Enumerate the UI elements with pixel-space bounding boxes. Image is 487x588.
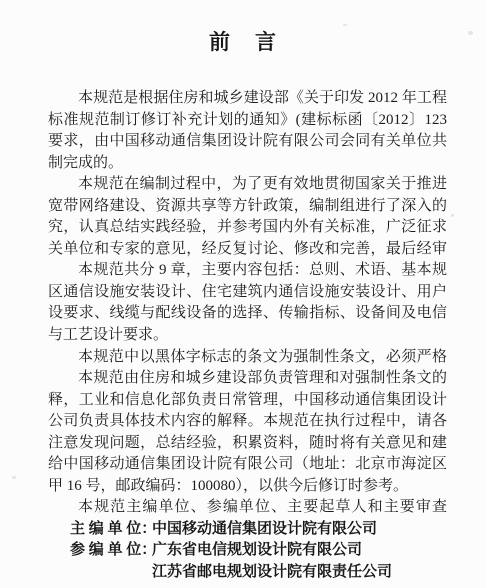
credit-name: 江苏省邮电规划设计院有限责任公司 [152,562,392,584]
credit-row-co-editor: 参 编 单 位： 广东省电信规划设计院有限公司 [48,540,447,562]
body-line: 本规范主编单位、参编单位、主要起草人和主要审查人： [48,497,447,519]
body-line: 本规范是根据住房和城乡建设部《关于印发 2012 年工程建设 [48,88,447,110]
page-title: 前 言 [0,26,487,56]
body-line: 宽带网络建设、资源共享等方针政策，编制组进行了深入的调查研 [48,196,447,218]
body-line: 区通信设施安装设计、住宅建筑内通信设施安装设计、用户光缆敷 [48,282,447,304]
body-text: 本规范是根据住房和城乡建设部《关于印发 2012 年工程建设 标准规范制订修订补… [48,88,447,584]
credit-label: 主 编 单 位： [70,519,152,541]
body-line: 与工艺设计要求。 [48,325,447,347]
credit-row-chief-editor: 主 编 单 位： 中国移动通信集团设计院有限公司 [48,519,447,541]
body-line: 注意发现问题，总结经验，积累资料，随时将有关意见和建议反馈 [48,433,447,455]
body-line: 释，工业和信息化部负责日常管理，中国移动通信集团设计院有限 [48,390,447,412]
body-line: 要求，由中国移动通信集团设计院有限公司会同有关单位共同编 [48,131,447,153]
credit-row-co-editor-2: 江苏省邮电规划设计院有限责任公司 [48,562,447,584]
scan-speckle [451,214,454,217]
body-line: 公司负责具体技术内容的解释。本规范在执行过程中，请各单位 [48,411,447,433]
body-line: 本规范在编制过程中，为了更有效地贯彻国家关于推进光纤 [48,174,447,196]
body-line: 关单位和专家的意见，经反复讨论、修改和完善，最后经审查定稿。 [48,239,447,261]
body-line: 甲 16 号，邮政编码：100080），以供今后修订时参考。 [48,476,447,498]
credit-name: 中国移动通信集团设计院有限公司 [152,519,377,541]
body-line: 设要求、线缆与配线设备的选择、传输指标、设备间及电信间选址 [48,303,447,325]
body-line: 本规范由住房和城乡建设部负责管理和对强制性条文的解 [48,368,447,390]
body-line: 本规范中以黑体字标志的条文为强制性条文，必须严格执行。 [48,347,447,369]
body-line: 制完成的。 [48,153,447,175]
body-line: 标准规范制订修订补充计划的通知》(建标标函〔2012〕123 号)的 [48,110,447,132]
credit-label: 参 编 单 位： [70,540,152,562]
body-line: 本规范共分 9 章，主要内容包括：总则、术语、基本规定、住宅 [48,260,447,282]
document-page: 前 言 本规范是根据住房和城乡建设部《关于印发 2012 年工程建设 标准规范制… [0,0,487,588]
scan-speckle [12,476,16,479]
credit-name: 广东省电信规划设计院有限公司 [152,540,362,562]
body-line: 给中国移动通信集团设计院有限公司（地址：北京市海淀区丹棱街 [48,454,447,476]
body-line: 究，认真总结实践经验，并参考国内外有关标准，广泛征求国内有 [48,217,447,239]
